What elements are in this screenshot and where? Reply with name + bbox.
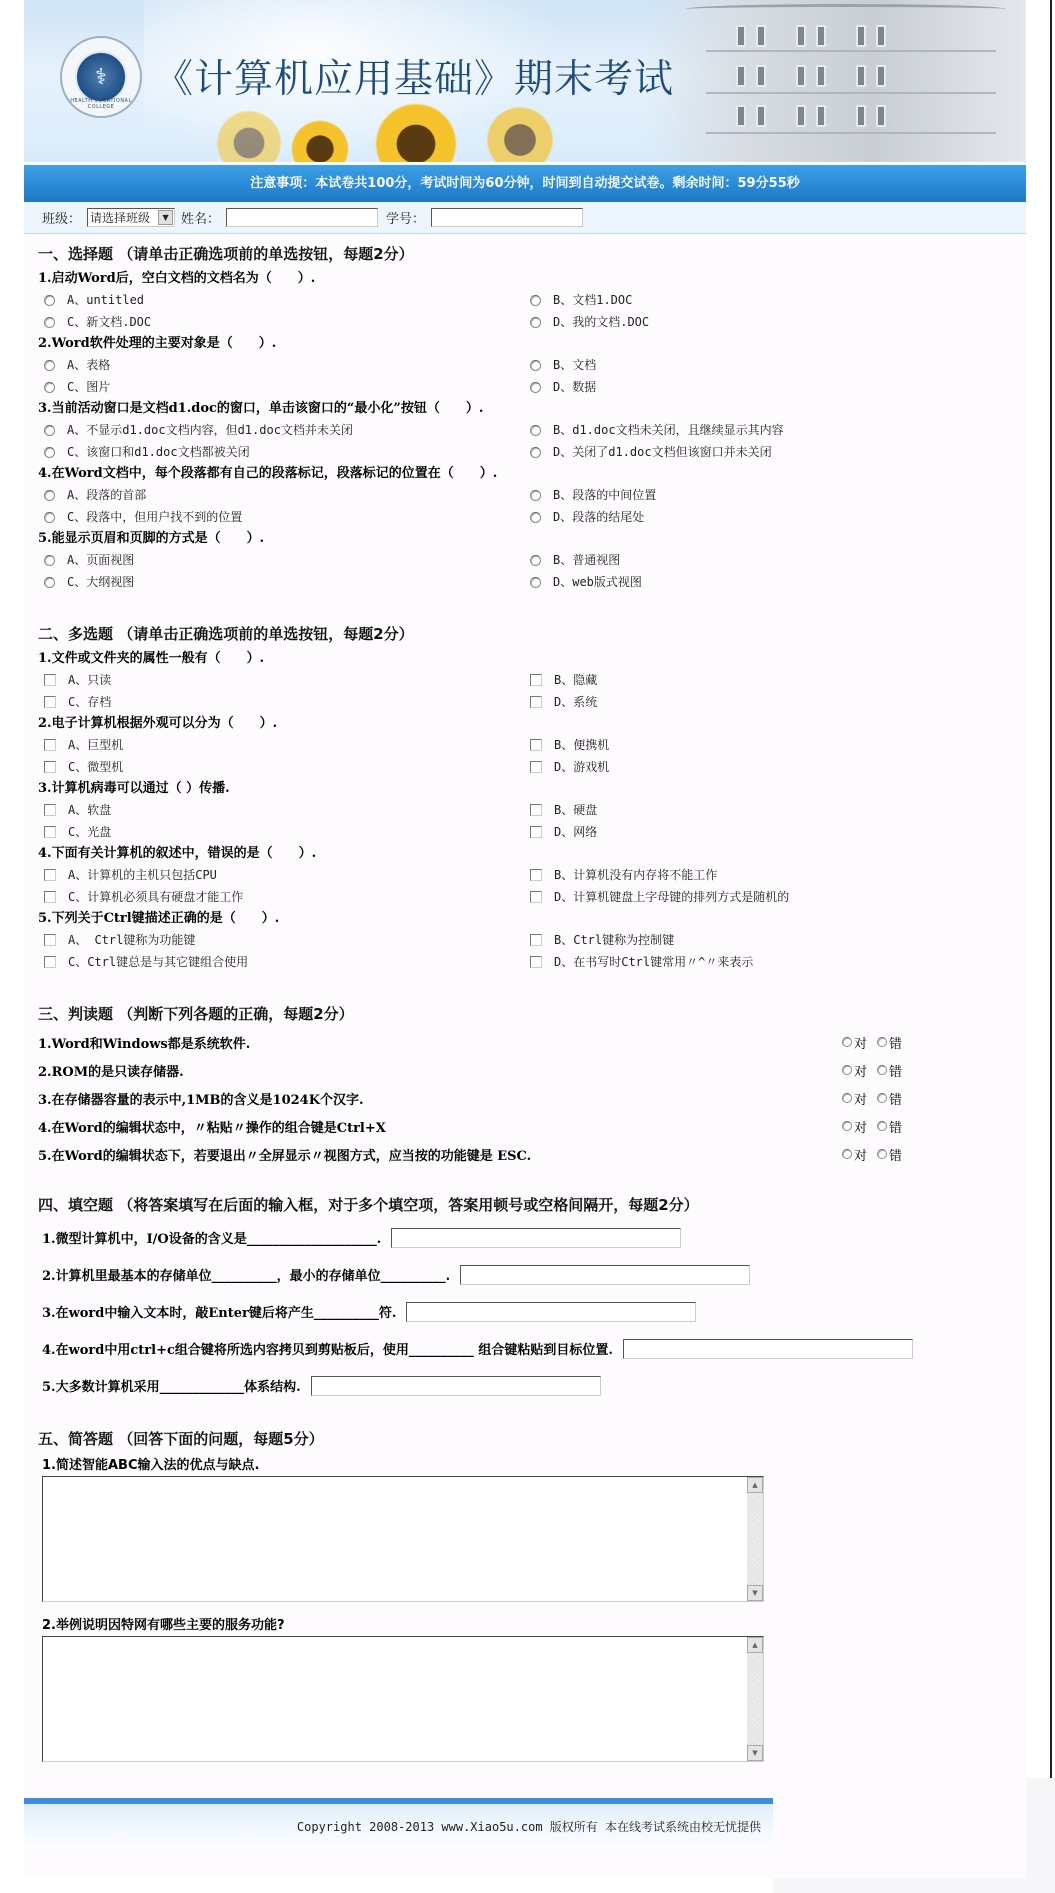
option-c[interactable]: C、图片 <box>38 376 524 398</box>
section-title-single-choice: 一、选择题 （请单击正确选项前的单选按钮，每题2分） <box>38 241 1026 268</box>
section-title-short-answer: 五、简答题 （回答下面的问题，每题5分） <box>38 1426 1026 1453</box>
true-label: 对 <box>854 1061 867 1080</box>
option-b[interactable]: B、段落的中间位置 <box>524 484 1004 506</box>
option-b[interactable]: B、硬盘 <box>524 799 1004 821</box>
question-block: 2.电子计算机根据外观可以分为（ ）. A、巨型机 B、便携机 C、微型机 D、… <box>38 713 1026 778</box>
option-a[interactable]: A、untitled <box>38 289 524 311</box>
false-option[interactable]: 错 <box>877 1145 902 1164</box>
class-select[interactable]: 请选择班级 ▼ <box>87 208 175 227</box>
option-d[interactable]: D、计算机键盘上字母键的排列方式是随机的 <box>524 886 1004 908</box>
building-window <box>816 25 826 47</box>
option-label: B、段落的中间位置 <box>553 484 656 506</box>
scrollbar[interactable]: ▲ ▼ <box>747 1637 763 1761</box>
option-label: B、硬盘 <box>554 799 597 821</box>
option-a[interactable]: A、页面视图 <box>38 549 524 571</box>
student-id-label: 学号： <box>386 208 425 227</box>
spacer <box>38 1404 1026 1420</box>
spacer <box>38 593 1026 615</box>
radio-button[interactable] <box>44 382 55 393</box>
class-label: 班级： <box>42 208 81 227</box>
header-banner: ⚕ HEALTH VOCATIONAL COLLEGE 《计算机应用基础》期末考… <box>24 0 1026 162</box>
option-d[interactable]: D、网络 <box>524 821 1004 843</box>
option-b[interactable]: B、文档 <box>524 354 1004 376</box>
options-grid: A、页面视图 B、普通视图 C、大纲视图 D、web版式视图 <box>38 549 1026 593</box>
radio-button[interactable] <box>842 1093 852 1103</box>
option-d[interactable]: D、段落的结尾处 <box>524 506 1004 528</box>
building-window <box>736 105 746 127</box>
question-block: 1.文件或文件夹的属性一般有（ ）. A、只读 B、隐藏 C、存档 D、系统 <box>38 648 1026 713</box>
option-a[interactable]: A、巨型机 <box>38 734 524 756</box>
radio-button[interactable] <box>842 1065 852 1075</box>
radio-button[interactable] <box>877 1093 887 1103</box>
building-window <box>796 25 806 47</box>
true-false-row: 3.在存储器容量的表示中,1MB的含义是1024K个汉字. 对 错 <box>38 1084 1026 1112</box>
false-label: 错 <box>889 1145 902 1164</box>
spacer <box>38 973 1026 995</box>
option-d[interactable]: D、关闭了d1.doc文档但该窗口并未关闭 <box>524 441 1004 463</box>
option-label: C、图片 <box>67 376 110 398</box>
option-label: D、我的文档.DOC <box>553 311 649 333</box>
building-window <box>876 65 886 87</box>
building-floor <box>706 50 996 52</box>
student-id-input[interactable] <box>431 208 583 227</box>
option-c[interactable]: C、Ctrl键总是与其它键组合使用 <box>38 951 524 973</box>
question-text: 5.在Word的编辑状态下，若要退出〃全屏显示〃视图方式，应当按的功能键是 ES… <box>38 1145 842 1164</box>
question-text: 3.计算机病毒可以通过（ ）传播. <box>38 778 1026 799</box>
checkbox[interactable] <box>530 739 542 751</box>
option-label: C、该窗口和d1.doc文档都被关闭 <box>67 441 250 463</box>
option-label: C、Ctrl键总是与其它键组合使用 <box>68 951 248 973</box>
options-grid: A、untitled B、文档1.DOC C、新文档.DOC D、我的文档.DO… <box>38 289 1026 333</box>
question-text: 2.Word软件处理的主要对象是（ ）. <box>38 333 1026 354</box>
options-grid: A、表格 B、文档 C、图片 D、数据 <box>38 354 1026 398</box>
fill-blank-row: 1.微型计算机中，I/O设备的含义是____________________. <box>38 1219 1026 1256</box>
building-window <box>736 25 746 47</box>
radio-button[interactable] <box>44 512 55 523</box>
question-block: 3.当前活动窗口是文档d1.doc的窗口，单击该窗口的“最小化”按钮（ ）. A… <box>38 398 1026 463</box>
radio-button[interactable] <box>877 1149 887 1159</box>
option-label: B、文档1.DOC <box>553 289 632 311</box>
question-block: 4.在Word文档中，每个段落都有自己的段落标记，段落标记的位置在（ ）. A、… <box>38 463 1026 528</box>
option-label: B、隐藏 <box>554 669 597 691</box>
option-c[interactable]: C、该窗口和d1.doc文档都被关闭 <box>38 441 524 463</box>
dropdown-arrow-icon[interactable]: ▼ <box>158 210 173 225</box>
false-option[interactable]: 错 <box>877 1061 902 1080</box>
answer-textarea[interactable]: ▲ ▼ <box>42 1476 764 1602</box>
question-text: 5.能显示页眉和页脚的方式是（ ）. <box>38 528 1026 549</box>
option-label: A、不显示d1.doc文档内容，但d1.doc文档并未关闭 <box>67 419 353 441</box>
option-label: C、存档 <box>68 691 111 713</box>
radio-button[interactable] <box>530 490 541 501</box>
checkbox[interactable] <box>44 674 56 686</box>
question-block: 2.Word软件处理的主要对象是（ ）. A、表格 B、文档 C、图片 D、数据 <box>38 333 1026 398</box>
option-a[interactable]: A、 Ctrl键称为功能键 <box>38 929 524 951</box>
option-label: C、微型机 <box>68 756 123 778</box>
option-label: D、web版式视图 <box>553 571 642 593</box>
radio-button[interactable] <box>44 577 55 588</box>
radio-button[interactable] <box>842 1149 852 1159</box>
option-d[interactable]: D、数据 <box>524 376 1004 398</box>
building-roof <box>686 4 1006 14</box>
true-false-options: 对 错 <box>842 1089 912 1108</box>
radio-button[interactable] <box>44 490 55 501</box>
building-window <box>796 105 806 127</box>
option-label: A、untitled <box>67 289 144 311</box>
option-label: C、计算机必须具有硬盘才能工作 <box>68 886 243 908</box>
question-text: 4.在word中用ctrl+c组合键将所选内容拷贝到剪贴板后，使用_______… <box>42 1339 613 1358</box>
answer-input[interactable] <box>406 1302 696 1322</box>
true-label: 对 <box>854 1033 867 1052</box>
option-d[interactable]: D、我的文档.DOC <box>524 311 1004 333</box>
true-false-row: 1.Word和Windows都是系统软件. 对 错 <box>38 1028 1026 1056</box>
option-b[interactable]: B、隐藏 <box>524 669 1004 691</box>
student-info-row: 班级： 请选择班级 ▼ 姓名： 学号： <box>24 202 1026 234</box>
building-window <box>756 25 766 47</box>
option-label: A、表格 <box>67 354 110 376</box>
question-block: 3.计算机病毒可以通过（ ）传播. A、软盘 B、硬盘 C、光盘 D、网络 <box>38 778 1026 843</box>
radio-button[interactable] <box>530 425 541 436</box>
checkbox[interactable] <box>44 934 56 946</box>
campus-building-image <box>646 0 1026 162</box>
radio-button[interactable] <box>530 317 541 328</box>
question-block: 5.下列关于Ctrl键描述正确的是（ ）. A、 Ctrl键称为功能键 B、Ct… <box>38 908 1026 973</box>
college-logo: ⚕ HEALTH VOCATIONAL COLLEGE <box>60 36 142 118</box>
checkbox[interactable] <box>530 934 542 946</box>
question-text: 2.电子计算机根据外观可以分为（ ）. <box>38 713 1026 734</box>
radio-button[interactable] <box>44 295 55 306</box>
false-option[interactable]: 错 <box>877 1117 902 1136</box>
options-grid: A、不显示d1.doc文档内容，但d1.doc文档并未关闭 B、d1.doc文档… <box>38 419 1026 463</box>
question-text: 1.启动Word后，空白文档的文档名为（ ）. <box>38 268 1026 289</box>
option-d[interactable]: D、系统 <box>524 691 1004 713</box>
option-a[interactable]: A、计算机的主机只包括CPU <box>38 864 524 886</box>
option-label: C、段落中，但用户找不到的位置 <box>67 506 242 528</box>
option-d[interactable]: D、游戏机 <box>524 756 1004 778</box>
fill-blank-row: 5.大多数计算机采用_____________体系结构. <box>38 1367 1026 1404</box>
building-window <box>756 65 766 87</box>
option-d[interactable]: D、web版式视图 <box>524 571 1004 593</box>
option-label: D、计算机键盘上字母键的排列方式是随机的 <box>554 886 789 908</box>
option-a[interactable]: A、段落的首部 <box>38 484 524 506</box>
question-text: 5.大多数计算机采用_____________体系结构. <box>42 1376 301 1395</box>
option-d[interactable]: D、在书写时Ctrl键常用〃^〃来表示 <box>524 951 1004 973</box>
radio-button[interactable] <box>530 295 541 306</box>
name-input[interactable] <box>226 208 378 227</box>
checkbox[interactable] <box>44 804 56 816</box>
checkbox[interactable] <box>44 891 56 903</box>
radio-button[interactable] <box>877 1037 887 1047</box>
option-label: A、只读 <box>68 669 111 691</box>
true-option[interactable]: 对 <box>842 1117 867 1136</box>
building-window <box>876 105 886 127</box>
option-label: D、在书写时Ctrl键常用〃^〃来表示 <box>554 951 753 973</box>
notice-bar: 注意事项：本试卷共100分，考试时间为60分钟，时间到自动提交试卷。剩余时间：5… <box>24 165 1026 202</box>
scroll-up-icon[interactable]: ▲ <box>747 1637 763 1653</box>
question-text: 1.文件或文件夹的属性一般有（ ）. <box>38 648 1026 669</box>
question-text: 2.ROM的是只读存储器. <box>38 1061 842 1080</box>
radio-button[interactable] <box>44 425 55 436</box>
class-select-value: 请选择班级 <box>90 209 150 226</box>
true-label: 对 <box>854 1089 867 1108</box>
radio-button[interactable] <box>842 1037 852 1047</box>
question-text: 1.简述智能ABC输入法的优点与缺点. <box>38 1456 1026 1476</box>
building-floor <box>706 132 996 134</box>
option-label: A、段落的首部 <box>67 484 146 506</box>
answer-textarea[interactable]: ▲ ▼ <box>42 1636 764 1762</box>
option-c[interactable]: C、存档 <box>38 691 524 713</box>
fill-blank-row: 4.在word中用ctrl+c组合键将所选内容拷贝到剪贴板后，使用_______… <box>38 1330 1026 1367</box>
true-false-options: 对 错 <box>842 1145 912 1164</box>
option-label: A、软盘 <box>68 799 111 821</box>
options-grid: A、巨型机 B、便携机 C、微型机 D、游戏机 <box>38 734 1026 778</box>
checkbox[interactable] <box>44 761 56 773</box>
footer: Copyright 2008-2013 www.Xiao5u.com 版权所有 … <box>24 1798 1026 1878</box>
spacer <box>38 1168 1026 1186</box>
page-title: 《计算机应用基础》期末考试 <box>154 48 674 104</box>
window-right-border <box>1050 0 1052 1778</box>
option-b[interactable]: B、Ctrl键称为控制键 <box>524 929 1004 951</box>
option-c[interactable]: C、新文档.DOC <box>38 311 524 333</box>
question-text: 5.下列关于Ctrl键描述正确的是（ ）. <box>38 908 1026 929</box>
option-c[interactable]: C、大纲视图 <box>38 571 524 593</box>
checkbox[interactable] <box>44 739 56 751</box>
option-b[interactable]: B、计算机没有内存将不能工作 <box>524 864 1004 886</box>
option-label: D、数据 <box>553 376 596 398</box>
true-false-options: 对 错 <box>842 1033 912 1052</box>
scrollbar[interactable]: ▲ ▼ <box>747 1477 763 1601</box>
checkbox[interactable] <box>530 674 542 686</box>
checkbox[interactable] <box>530 891 542 903</box>
scroll-down-icon[interactable]: ▼ <box>747 1585 763 1601</box>
radio-button[interactable] <box>877 1121 887 1131</box>
question-text: 1.Word和Windows都是系统软件. <box>38 1033 842 1052</box>
true-label: 对 <box>854 1117 867 1136</box>
question-text: 4.在Word文档中，每个段落都有自己的段落标记，段落标记的位置在（ ）. <box>38 463 1026 484</box>
question-text: 2.计算机里最基本的存储单位__________，最小的存储单位________… <box>42 1265 450 1284</box>
scroll-down-icon[interactable]: ▼ <box>747 1745 763 1761</box>
option-label: A、巨型机 <box>68 734 123 756</box>
option-label: B、d1.doc文档未关闭，且继续显示其内容 <box>553 419 784 441</box>
exam-page: ⚕ HEALTH VOCATIONAL COLLEGE 《计算机应用基础》期末考… <box>24 0 1026 1878</box>
building-window <box>756 105 766 127</box>
option-b[interactable]: B、文档1.DOC <box>524 289 1004 311</box>
section-title-fill-blank: 四、填空题 （将答案填写在后面的输入框，对于多个填空项，答案用顿号或空格间隔开，… <box>38 1192 1026 1219</box>
option-label: C、大纲视图 <box>67 571 134 593</box>
false-label: 错 <box>889 1033 902 1052</box>
option-label: B、计算机没有内存将不能工作 <box>554 864 717 886</box>
false-label: 错 <box>889 1117 902 1136</box>
options-grid: A、只读 B、隐藏 C、存档 D、系统 <box>38 669 1026 713</box>
option-label: D、游戏机 <box>554 756 609 778</box>
checkbox[interactable] <box>530 826 542 838</box>
logo-ring-text: HEALTH VOCATIONAL COLLEGE <box>62 98 140 110</box>
section-title-multiple-choice: 二、多选题 （请单击正确选项前的单选按钮，每题2分） <box>38 621 1026 648</box>
options-grid: A、段落的首部 B、段落的中间位置 C、段落中，但用户找不到的位置 D、段落的结… <box>38 484 1026 528</box>
option-label: A、 Ctrl键称为功能键 <box>68 929 195 951</box>
checkbox[interactable] <box>530 761 542 773</box>
option-c[interactable]: C、微型机 <box>38 756 524 778</box>
checkbox[interactable] <box>530 956 542 968</box>
exam-content: 一、选择题 （请单击正确选项前的单选按钮，每题2分） 1.启动Word后，空白文… <box>24 241 1026 1762</box>
options-grid: A、 Ctrl键称为功能键 B、Ctrl键称为控制键 C、Ctrl键总是与其它键… <box>38 929 1026 973</box>
radio-button[interactable] <box>530 360 541 371</box>
building-window <box>876 25 886 47</box>
option-a[interactable]: A、只读 <box>38 669 524 691</box>
true-false-options: 对 错 <box>842 1061 912 1080</box>
radio-button[interactable] <box>530 512 541 523</box>
question-text: 4.下面有关计算机的叙述中，错误的是（ ）. <box>38 843 1026 864</box>
answer-input[interactable] <box>623 1339 913 1359</box>
true-label: 对 <box>854 1145 867 1164</box>
true-option[interactable]: 对 <box>842 1033 867 1052</box>
radio-button[interactable] <box>44 447 55 458</box>
true-option[interactable]: 对 <box>842 1061 867 1080</box>
radio-button[interactable] <box>877 1065 887 1075</box>
radio-button[interactable] <box>530 382 541 393</box>
option-label: C、光盘 <box>68 821 111 843</box>
option-label: A、页面视图 <box>67 549 134 571</box>
radio-button[interactable] <box>44 360 55 371</box>
answer-input[interactable] <box>460 1265 750 1285</box>
section-title-true-false: 三、判读题 （判断下列各题的正确，每题2分） <box>38 1001 1026 1028</box>
option-a[interactable]: A、软盘 <box>38 799 524 821</box>
option-label: A、计算机的主机只包括CPU <box>68 864 217 886</box>
true-false-options: 对 错 <box>842 1117 912 1136</box>
building-floor <box>706 92 996 94</box>
question-text: 3.在word中输入文本时，敲Enter键后将产生__________符. <box>42 1302 396 1321</box>
radio-button[interactable] <box>530 577 541 588</box>
false-label: 错 <box>889 1061 902 1080</box>
radio-button[interactable] <box>44 555 55 566</box>
building-window <box>856 105 866 127</box>
question-text: 3.在存储器容量的表示中,1MB的含义是1024K个汉字. <box>38 1089 842 1108</box>
false-label: 错 <box>889 1089 902 1108</box>
checkbox[interactable] <box>44 869 56 881</box>
true-false-row: 4.在Word的编辑状态中，〃粘贴〃操作的组合键是Ctrl+X 对 错 <box>38 1112 1026 1140</box>
radio-button[interactable] <box>530 447 541 458</box>
answer-input[interactable] <box>311 1376 601 1396</box>
option-c[interactable]: C、光盘 <box>38 821 524 843</box>
option-label: D、系统 <box>554 691 597 713</box>
fill-blank-row: 2.计算机里最基本的存储单位__________，最小的存储单位________… <box>38 1256 1026 1293</box>
true-false-row: 5.在Word的编辑状态下，若要退出〃全屏显示〃视图方式，应当按的功能键是 ES… <box>38 1140 1026 1168</box>
radio-button[interactable] <box>44 317 55 328</box>
option-label: B、便携机 <box>554 734 609 756</box>
checkbox[interactable] <box>530 696 542 708</box>
fill-blank-row: 3.在word中输入文本时，敲Enter键后将产生__________符. <box>38 1293 1026 1330</box>
checkbox[interactable] <box>44 826 56 838</box>
option-a[interactable]: A、表格 <box>38 354 524 376</box>
false-option[interactable]: 错 <box>877 1089 902 1108</box>
building-window <box>796 65 806 87</box>
option-b[interactable]: B、d1.doc文档未关闭，且继续显示其内容 <box>524 419 1004 441</box>
question-text: 2.举例说明因特网有哪些主要的服务功能? <box>38 1616 1026 1636</box>
question-text: 1.微型计算机中，I/O设备的含义是____________________. <box>42 1228 381 1247</box>
option-label: D、网络 <box>554 821 597 843</box>
question-block: 1.启动Word后，空白文档的文档名为（ ）. A、untitled B、文档1… <box>38 268 1026 333</box>
radio-button[interactable] <box>842 1121 852 1131</box>
options-grid: A、软盘 B、硬盘 C、光盘 D、网络 <box>38 799 1026 843</box>
option-b[interactable]: B、便携机 <box>524 734 1004 756</box>
checkbox[interactable] <box>44 696 56 708</box>
option-b[interactable]: B、普通视图 <box>524 549 1004 571</box>
building-window <box>816 65 826 87</box>
building-window <box>856 25 866 47</box>
checkbox[interactable] <box>530 804 542 816</box>
option-c[interactable]: C、段落中，但用户找不到的位置 <box>38 506 524 528</box>
building-window <box>736 65 746 87</box>
option-label: B、普通视图 <box>553 549 620 571</box>
checkbox[interactable] <box>530 869 542 881</box>
option-a[interactable]: A、不显示d1.doc文档内容，但d1.doc文档并未关闭 <box>38 419 524 441</box>
name-label: 姓名： <box>181 208 220 227</box>
true-option[interactable]: 对 <box>842 1145 867 1164</box>
answer-input[interactable] <box>391 1228 681 1248</box>
options-grid: A、计算机的主机只包括CPU B、计算机没有内存将不能工作 C、计算机必须具有硬… <box>38 864 1026 908</box>
building-window <box>856 65 866 87</box>
question-block: 5.能显示页眉和页脚的方式是（ ）. A、页面视图 B、普通视图 C、大纲视图 … <box>38 528 1026 593</box>
option-label: D、段落的结尾处 <box>553 506 644 528</box>
checkbox[interactable] <box>44 956 56 968</box>
option-c[interactable]: C、计算机必须具有硬盘才能工作 <box>38 886 524 908</box>
false-option[interactable]: 错 <box>877 1033 902 1052</box>
true-false-row: 2.ROM的是只读存储器. 对 错 <box>38 1056 1026 1084</box>
caduceus-icon: ⚕ <box>75 51 127 103</box>
building-window <box>816 105 826 127</box>
option-label: C、新文档.DOC <box>67 311 151 333</box>
true-option[interactable]: 对 <box>842 1089 867 1108</box>
copyright-text: Copyright 2008-2013 www.Xiao5u.com 版权所有 … <box>24 1804 773 1848</box>
option-label: D、关闭了d1.doc文档但该窗口并未关闭 <box>553 441 772 463</box>
option-label: B、Ctrl键称为控制键 <box>554 929 674 951</box>
question-block: 4.下面有关计算机的叙述中，错误的是（ ）. A、计算机的主机只包括CPU B、… <box>38 843 1026 908</box>
scroll-up-icon[interactable]: ▲ <box>747 1477 763 1493</box>
option-label: B、文档 <box>553 354 596 376</box>
radio-button[interactable] <box>530 555 541 566</box>
question-text: 4.在Word的编辑状态中，〃粘贴〃操作的组合键是Ctrl+X <box>38 1117 842 1136</box>
question-text: 3.当前活动窗口是文档d1.doc的窗口，单击该窗口的“最小化”按钮（ ）. <box>38 398 1026 419</box>
